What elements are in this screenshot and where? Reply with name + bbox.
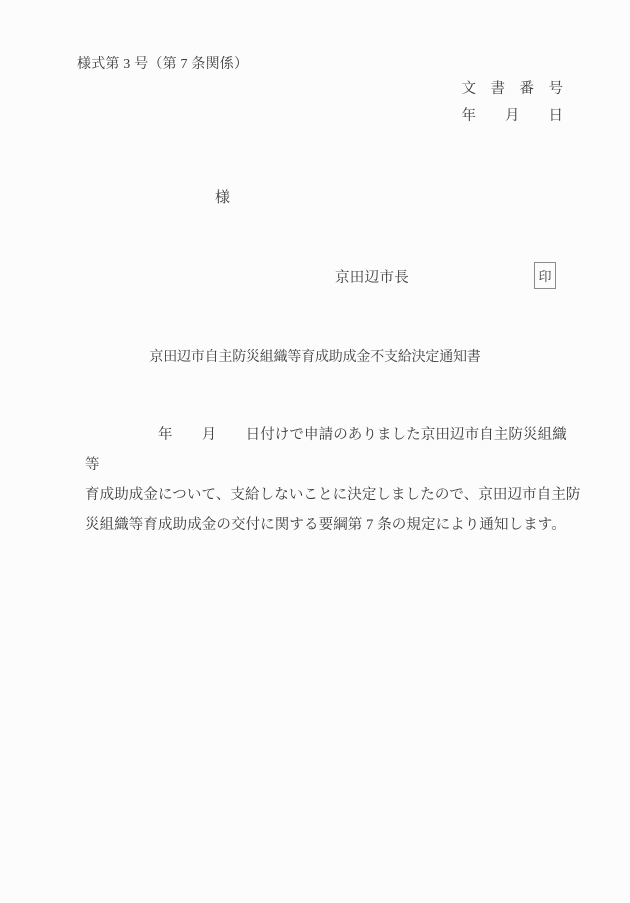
- body-line-2: 育成助成金について、支給しないことに決定しましたので、京田辺市自主防: [85, 480, 581, 510]
- document-meta-block: 文 書 番 号 年 月 日: [462, 76, 564, 129]
- body-line-3: 災組織等育成助成金の交付に関する要綱第 7 条の規定により通知します。: [85, 510, 581, 540]
- document-page: 様式第 3 号（第 7 条関係） 文 書 番 号 年 月 日 様 京田辺市長 印…: [0, 0, 630, 903]
- seal-character: 印: [538, 266, 551, 285]
- sender-title: 京田辺市長: [335, 266, 409, 287]
- document-date-label: 年 月 日: [462, 103, 564, 130]
- form-number-label: 様式第 3 号（第 7 条関係）: [77, 53, 248, 73]
- addressee-honorific: 様: [215, 186, 230, 207]
- body-line-1: 年 月 日付けで申請のありました京田辺市自主防災組織等: [85, 420, 581, 480]
- body-paragraph: 年 月 日付けで申請のありました京田辺市自主防災組織等 育成助成金について、支給…: [85, 420, 581, 540]
- document-title: 京田辺市自主防災組織等育成助成金不支給決定通知書: [0, 346, 630, 366]
- seal-box: 印: [534, 262, 556, 289]
- document-number-label: 文 書 番 号: [462, 76, 564, 103]
